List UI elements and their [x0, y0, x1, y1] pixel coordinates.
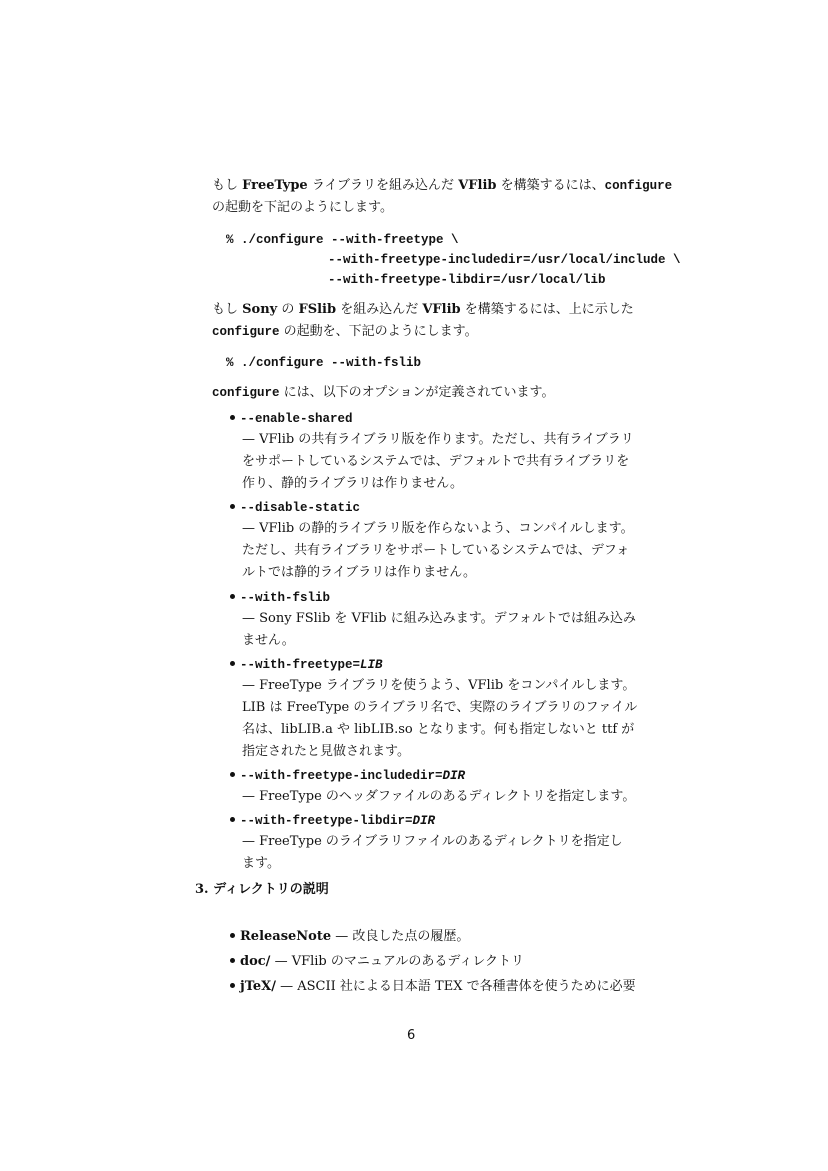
option-desc: ただし、共有ライブラリをサポートしているシステムでは、デフォ	[242, 543, 629, 559]
option-name: --with-freetype-includedir=DIR	[230, 768, 465, 784]
code1-line: --with-freetype-libdir=/usr/local/lib	[328, 272, 606, 288]
bullet-icon	[230, 817, 235, 822]
bullet-icon	[230, 594, 235, 599]
option-desc: ません。	[242, 633, 295, 649]
option-name: --with-freetype-libdir=DIR	[230, 813, 435, 829]
section-heading: 3. ディレクトリの説明	[195, 882, 329, 898]
code1-line: % ./configure --with-freetype \	[226, 232, 459, 248]
option-desc: 作り、静的ライブラリは作りません。	[242, 476, 463, 492]
option-desc: — FreeType のヘッダファイルのあるディレクトリを指定します。	[242, 789, 635, 805]
option-name: --with-fslib	[230, 590, 330, 606]
option-name: --with-freetype=LIB	[230, 657, 383, 673]
para2-line1: もし Sony の FSlib を組み込んだ VFlib を構築するには、上に示…	[212, 302, 634, 318]
option-desc: LIB は FreeType のライブラリ名で、実際のライブラリのファイル	[242, 700, 637, 716]
bullet-icon	[230, 958, 235, 963]
bullet-icon	[230, 983, 235, 988]
code1-line: --with-freetype-includedir=/usr/local/in…	[328, 252, 681, 268]
option-desc: 指定されたと見做されます。	[242, 744, 410, 760]
para2-line2: configure の起動を、下記のようにします。	[212, 324, 478, 340]
bullet-icon	[230, 504, 235, 509]
para1-line2: の起動を下記のようにします。	[212, 200, 393, 216]
para1-line1: もし FreeType ライブラリを組み込んだ VFlib を構築するには、co…	[212, 178, 672, 194]
option-desc: — VFlib の静的ライブラリ版を作らないよう、コンパイルします。	[242, 521, 634, 537]
page-number: 6	[407, 1028, 415, 1043]
para3-line: configure には、以下のオプションが定義されています。	[212, 385, 554, 401]
option-name: --enable-shared	[230, 411, 353, 427]
dir-item: ReleaseNote — 改良した点の履歴。	[230, 929, 469, 945]
bullet-icon	[230, 772, 235, 777]
option-desc: — Sony FSlib を VFlib に組み込みます。デフォルトでは組み込み	[242, 611, 636, 627]
option-desc: 名は、libLIB.a や libLIB.so となります。何も指定しないと t…	[242, 722, 634, 738]
option-desc: — FreeType ライブラリを使うよう、VFlib をコンパイルします。	[242, 678, 635, 694]
code2-line: % ./configure --with-fslib	[226, 355, 421, 371]
option-desc: — FreeType のライブラリファイルのあるディレクトリを指定し	[242, 834, 623, 850]
bullet-icon	[230, 661, 235, 666]
option-desc: ます。	[242, 856, 280, 872]
dir-item: doc/ — VFlib のマニュアルのあるディレクトリ	[230, 954, 524, 970]
option-desc: をサポートしているシステムでは、デフォルトで共有ライブラリを	[242, 454, 629, 470]
dir-item: jTeX/ — ASCII 社による日本語 TEX で各種書体を使うために必要	[230, 979, 636, 995]
bullet-icon	[230, 933, 235, 938]
option-desc: ルトでは静的ライブラリは作りません。	[242, 565, 476, 581]
bullet-icon	[230, 415, 235, 420]
option-desc: — VFlib の共有ライブラリ版を作ります。ただし、共有ライブラリ	[242, 432, 634, 448]
option-name: --disable-static	[230, 500, 360, 516]
